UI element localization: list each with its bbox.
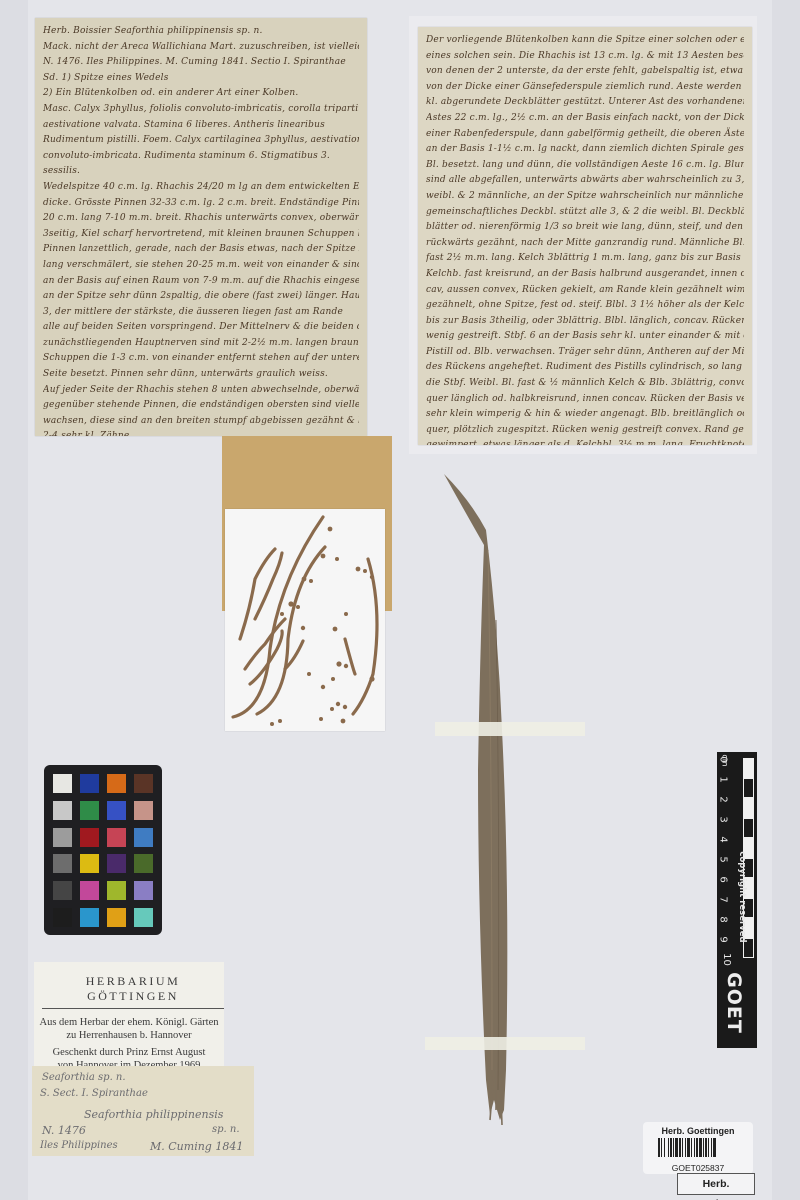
manuscript-line: an der Basis 1-1½ c.m. lg nackt, dann zi… — [426, 142, 744, 158]
barcode-institution: Herb. Goettingen — [643, 1126, 753, 1136]
manuscript-line: Masc. Calyx 3phyllus, foliolis convoluto… — [43, 102, 359, 118]
color-swatch — [80, 828, 99, 847]
manuscript-line: blätter od. nierenförmig 1/3 so breit wi… — [426, 220, 744, 236]
manuscript-line: bis zur Basis 3theilig, oder 3blättrig. … — [426, 314, 744, 330]
color-calibration-chart — [44, 765, 162, 935]
manuscript-line: Kelchb. fast kreisrund, an der Basis hal… — [426, 267, 744, 283]
manuscript-line: 2) Ein Blütenkolben od. ein anderer Art … — [43, 86, 359, 102]
label-collector: M. Cuming 1841 — [150, 1140, 243, 1153]
manuscript-line: gezähnelt, ohne Spitze, fest od. steif. … — [426, 298, 744, 314]
manuscript-line: gewimpert, etwas länger als d. Kelchbl. … — [426, 438, 744, 445]
color-swatch — [80, 908, 99, 927]
manuscript-description-left: Herb. Boissier Seaforthia philippinensis… — [35, 18, 367, 436]
manuscript-line: N. 1476. Iles Philippines. M. Cuming 184… — [43, 55, 359, 71]
label-section-note: S. Sect. I. Spiranthae — [40, 1088, 148, 1099]
ruler-number: 4 — [718, 836, 729, 842]
manuscript-line: Mack. nicht der Areca Wallichiana Mart. … — [43, 40, 359, 56]
label-title: HERBARIUM GÖTTINGEN — [42, 974, 224, 1009]
color-swatch — [107, 881, 126, 900]
ruler-number: 1 — [718, 776, 729, 782]
manuscript-line: sind alle abgefallen, unterwärts abwärts… — [426, 173, 744, 189]
manuscript-line: Sd. 1) Spitze eines Wedels — [43, 71, 359, 87]
ruler-brand-logo: GOET — [723, 972, 745, 1034]
manuscript-line: lang verschmälert, sie stehen 20-25 m.m.… — [43, 258, 359, 274]
label-provenance-line2: zu Herrenhausen b. Hannover — [34, 1029, 224, 1042]
ruler-copyright: copyright reserved — [737, 842, 747, 952]
color-swatch — [80, 774, 99, 793]
label-collection-number: N. 1476 — [42, 1124, 86, 1137]
original-collection-label: Seaforthia sp. n. S. Sect. I. Spiranthae… — [32, 1066, 254, 1156]
manuscript-line: des Rückens angeheftet. Rudiment des Pis… — [426, 360, 744, 376]
manuscript-line: Der vorliegende Blütenkolben kann die Sp… — [426, 33, 744, 49]
label-species-name: Seaforthia philippinensis — [84, 1108, 223, 1121]
manuscript-line: die Stbf. Weibl. Bl. fast & ½ männlich K… — [426, 376, 744, 392]
manuscript-line: sessilis. — [43, 164, 359, 180]
color-swatch — [134, 828, 153, 847]
ruler-tick — [743, 758, 754, 778]
manuscript-line: quer länglich od. halbkreisrund, innen c… — [426, 392, 744, 408]
ruler-number: 6 — [718, 876, 729, 882]
manuscript-line: Auf jeder Seite der Rhachis stehen 8 unt… — [43, 383, 359, 399]
tape-strip-upper — [435, 722, 585, 736]
palm-leaf-pinna — [420, 470, 550, 1130]
ruler-number: 8 — [718, 916, 729, 922]
manuscript-line: an der Basis auf einen Raum von 7-9 m.m.… — [43, 274, 359, 290]
manuscript-line: gemeinschaftliches Deckbl. stützt alle 3… — [426, 205, 744, 221]
manuscript-line: fast 2½ m.m. lang. Kelch 3blättrig 1 m.m… — [426, 251, 744, 267]
color-swatch — [53, 828, 72, 847]
color-swatch — [80, 881, 99, 900]
manuscript-line: quer, plötzlich zugespitzt. Rücken wenig… — [426, 423, 744, 439]
color-swatch — [134, 881, 153, 900]
color-swatch — [107, 854, 126, 873]
herbarium-goettingen-label: HERBARIUM GÖTTINGEN Aus dem Herbar der e… — [34, 962, 224, 1066]
scale-ruler: cm 012345678910 copyright reserved GOET — [717, 752, 757, 1048]
manuscript-line: Pistill od. Blb. verwachsen. Träger sehr… — [426, 345, 744, 361]
manuscript-line: Herb. Boissier Seaforthia philippinensis… — [43, 24, 359, 40]
manuscript-line: aestivatione valvata. Stamina 6 liberes.… — [43, 118, 359, 134]
label-locality: Iles Philippines — [40, 1140, 118, 1151]
manuscript-line: Rudimentum pistilli. Foem. Calyx cartila… — [43, 133, 359, 149]
ruler-tick — [743, 778, 754, 798]
manuscript-line: 3seitig, Kiel scharf hervortretend, mit … — [43, 227, 359, 243]
label-provenance-line1: Aus dem Herbar der ehem. Königl. Gärten — [34, 1016, 224, 1029]
manuscript-line: einer Rabenfederspule, dann gabelförmig … — [426, 127, 744, 143]
manuscript-line: zunächstliegenden Hauptnerven sind mit 2… — [43, 336, 359, 352]
ruler-number: 0 — [718, 756, 729, 762]
manuscript-line: von der Dicke einer Gänsefederspule ziem… — [426, 80, 744, 96]
color-swatch — [134, 908, 153, 927]
manuscript-line: 20 c.m. lang 7-10 m.m. breit. Rhachis un… — [43, 211, 359, 227]
ruler-number: 9 — [718, 936, 729, 942]
label-sp-nov: sp. n. — [212, 1124, 240, 1135]
inflorescence-fragment-card — [225, 509, 385, 731]
ruler-number: 2 — [718, 796, 729, 802]
barcode-number: GOET025837 — [643, 1163, 753, 1173]
manuscript-line: kl. abgerundete Deckblätter gestützt. Un… — [426, 95, 744, 111]
ruler-tick — [743, 818, 754, 838]
manuscript-line: alle auf beiden Seiten vorspringend. Der… — [43, 320, 359, 336]
manuscript-line: Schuppen die 1-3 c.m. von einander entfe… — [43, 351, 359, 367]
color-swatch — [53, 801, 72, 820]
color-swatch — [53, 908, 72, 927]
barcode-icon — [658, 1138, 738, 1157]
manuscript-line: an der Spitze sehr dünn 2spaltig, die ob… — [43, 289, 359, 305]
ruler-tick — [743, 798, 754, 818]
manuscript-line: cav, aussen convex, Rücken gekielt, am R… — [426, 283, 744, 299]
manuscript-line: Wedelspitze 40 c.m. lg. Rhachis 24/20 m … — [43, 180, 359, 196]
color-swatch — [134, 854, 153, 873]
manuscript-line: Seite besetzt. Pinnen sehr dünn, unterwä… — [43, 367, 359, 383]
color-swatch — [107, 828, 126, 847]
ruler-number: 3 — [718, 816, 729, 822]
manuscript-line: sehr klein wimperig & hin & wieder angen… — [426, 407, 744, 423]
label-genus-note: Seaforthia sp. n. — [42, 1072, 126, 1083]
manuscript-line: eines solchen sein. Die Rhachis ist 13 c… — [426, 49, 744, 65]
color-swatch — [107, 801, 126, 820]
manuscript-description-right: Der vorliegende Blütenkolben kann die Sp… — [418, 27, 752, 445]
ruler-number: 10 — [721, 953, 732, 966]
color-swatch — [134, 801, 153, 820]
color-swatch — [80, 801, 99, 820]
ruler-number: 5 — [718, 856, 729, 862]
manuscript-line: weibl. & 2 männliche, an der Spitze wahr… — [426, 189, 744, 205]
manuscript-line: dicke. Grösste Pinnen 32-33 c.m. lg. 2 c… — [43, 196, 359, 212]
manuscript-line: Bl. besetzt. lang und dünn, die vollstän… — [426, 158, 744, 174]
color-swatch — [53, 774, 72, 793]
color-swatch — [53, 854, 72, 873]
manuscript-line: Pinnen lanzettlich, gerade, nach der Bas… — [43, 242, 359, 258]
manuscript-line: von denen der 2 unterste, da der erste f… — [426, 64, 744, 80]
manuscript-line: wachsen, diese sind an den breiten stump… — [43, 414, 359, 430]
manuscript-line: convoluto-imbricata. Rudimenta staminum … — [43, 149, 359, 165]
color-swatch — [134, 774, 153, 793]
manuscript-line: 3, der mittlere der stärkste, die äusser… — [43, 305, 359, 321]
color-swatch — [80, 854, 99, 873]
manuscript-line: gegenüber stehende Pinnen, die endständi… — [43, 398, 359, 414]
color-swatch — [107, 774, 126, 793]
institution-stamp: Herb. Goettingen — [677, 1173, 755, 1195]
label-donation-line1: Geschenkt durch Prinz Ernst August — [34, 1046, 224, 1059]
tape-strip-lower — [425, 1037, 585, 1050]
ruler-number: 7 — [718, 896, 729, 902]
manuscript-line: wenig gestreift. Stbf. 6 an der Basis se… — [426, 329, 744, 345]
inflorescence-fragments — [225, 509, 385, 731]
color-swatch — [53, 881, 72, 900]
color-swatch — [107, 908, 126, 927]
manuscript-line: rückwärts gezähnt, nach der Mitte ganzra… — [426, 236, 744, 252]
manuscript-line: Astes 22 c.m. lg., 2½ c.m. an der Basis … — [426, 111, 744, 127]
barcode-label: Herb. Goettingen GOET025837 — [643, 1122, 753, 1174]
